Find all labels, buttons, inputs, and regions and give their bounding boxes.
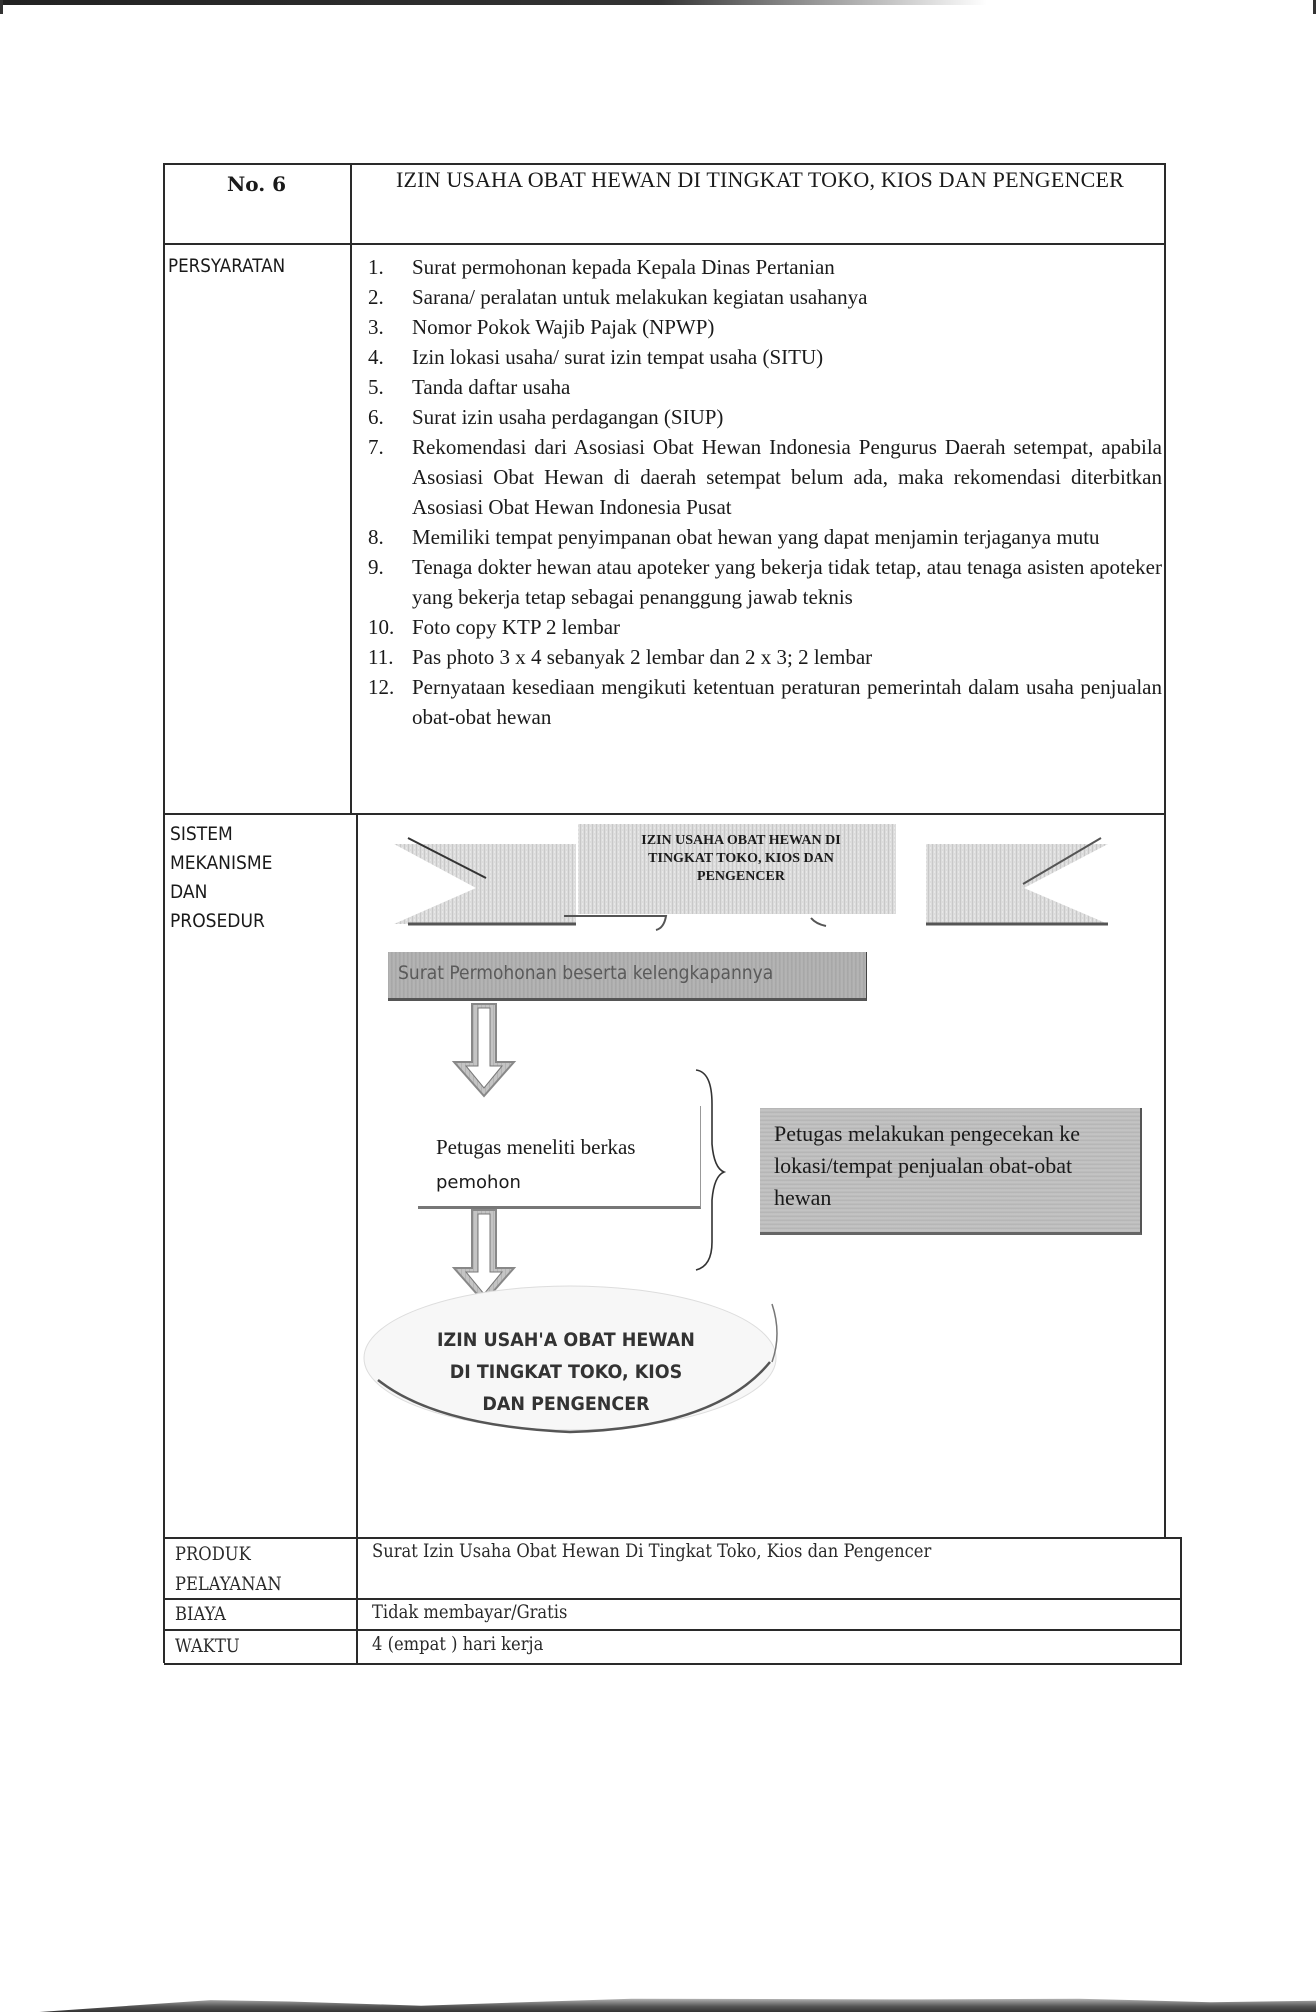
service-number: No. 6 (163, 172, 350, 196)
banner-line: TINGKAT TOKO, KIOS DAN (586, 850, 896, 868)
row-divider-biaya (164, 1629, 1182, 1631)
result-line: DAN PENGENCER (428, 1388, 704, 1420)
requirement-item: 6.Surat izin usaha perdagangan (SIUP) (366, 402, 1164, 432)
requirement-number: 7. (368, 432, 384, 462)
requirement-text: Foto copy KTP 2 lembar (412, 615, 620, 639)
persyaratan-label: PERSYARATAN (168, 255, 285, 277)
step-pengecekan-lokasi-text: Petugas melakukan pengecekan ke lokasi/t… (774, 1118, 1134, 1214)
table-border-right-upper (1164, 163, 1166, 1537)
table-border-top (163, 163, 1165, 165)
sistem-label-line: DAN (170, 878, 332, 907)
down-arrow-icon (454, 1004, 514, 1096)
requirement-item: 11.Pas photo 3 x 4 sebanyak 2 lembar dan… (366, 642, 1164, 672)
requirement-text: Memiliki tempat penyimpanan obat hewan y… (412, 525, 1100, 549)
produk-label: PRODUK PELAYANAN (175, 1539, 282, 1599)
table-border-left (163, 163, 165, 1663)
step-surat-permohonan: Surat Permohonan beserta kelengkapannya (388, 952, 867, 1001)
requirement-item: 4.Izin lokasi usaha/ surat izin tempat u… (366, 342, 1164, 372)
requirement-text: Pernyataan kesediaan mengikuti ketentuan… (412, 675, 1162, 729)
requirement-text: Nomor Pokok Wajib Pajak (NPWP) (412, 315, 714, 339)
row-divider-sistem (163, 1537, 1181, 1539)
requirement-text: Tenaga dokter hewan atau apoteker yang b… (412, 555, 1162, 609)
row-divider-header (163, 243, 1165, 245)
requirement-text: Sarana/ peralatan untuk melakukan kegiat… (412, 285, 867, 309)
procedure-flowchart: IZIN USAHA OBAT HEWAN DI TINGKAT TOKO, K… (356, 814, 1164, 1536)
requirement-item: 5.Tanda daftar usaha (366, 372, 1164, 402)
requirement-item: 12.Pernyataan kesediaan mengikuti ketent… (366, 672, 1164, 732)
banner-title: IZIN USAHA OBAT HEWAN DI TINGKAT TOKO, K… (586, 832, 896, 886)
column-divider-upper (350, 163, 352, 813)
step-petugas-meneliti: Petugas meneliti berkas pemohon (418, 1106, 701, 1209)
requirement-item: 2.Sarana/ peralatan untuk melakukan kegi… (366, 282, 1164, 312)
requirement-text: Rekomendasi dari Asosiasi Obat Hewan Ind… (412, 435, 1162, 519)
requirement-item: 1.Surat permohonan kepada Kepala Dinas P… (366, 252, 1164, 282)
sistem-label-line: SISTEM (170, 820, 332, 849)
requirement-number: 12. (368, 672, 394, 702)
requirement-number: 2. (368, 282, 384, 312)
requirement-number: 4. (368, 342, 384, 372)
table-border-bottom (164, 1663, 1182, 1665)
scan-edge-bottom (0, 1998, 1316, 2012)
waktu-label: WAKTU (175, 1631, 240, 1661)
biaya-label: BIAYA (175, 1599, 226, 1629)
result-line: DI TINGKAT TOKO, KIOS (428, 1356, 704, 1388)
result-line: IZIN USAH'A OBAT HEWAN (428, 1324, 704, 1356)
table-border-right-lower (1180, 1537, 1182, 1663)
step-line: Petugas meneliti berkas (436, 1130, 696, 1164)
requirement-number: 5. (368, 372, 384, 402)
requirement-number: 6. (368, 402, 384, 432)
requirement-text: Pas photo 3 x 4 sebanyak 2 lembar dan 2 … (412, 645, 872, 669)
banner-line: IZIN USAHA OBAT HEWAN DI (586, 832, 896, 850)
banner-line: PENGENCER (586, 868, 896, 886)
requirement-item: 9.Tenaga dokter hewan atau apoteker yang… (366, 552, 1164, 612)
row-divider-produk (163, 1598, 1181, 1600)
produk-label-line: PELAYANAN (175, 1569, 282, 1599)
requirements-list: 1.Surat permohonan kepada Kepala Dinas P… (366, 252, 1164, 732)
requirement-number: 8. (368, 522, 384, 552)
requirement-item: 10.Foto copy KTP 2 lembar (366, 612, 1164, 642)
requirement-number: 10. (368, 612, 394, 642)
requirement-text: Surat permohonan kepada Kepala Dinas Per… (412, 255, 835, 279)
step-pengecekan-lokasi: Petugas melakukan pengecekan ke lokasi/t… (760, 1108, 1142, 1235)
step-surat-permohonan-text: Surat Permohonan beserta kelengkapannya (398, 962, 773, 984)
requirement-text: Tanda daftar usaha (412, 375, 570, 399)
requirement-item: 7.Rekomendasi dari Asosiasi Obat Hewan I… (366, 432, 1164, 522)
produk-label-line: PRODUK (175, 1539, 282, 1569)
service-title: IZIN USAHA OBAT HEWAN DI TINGKAT TOKO, K… (370, 166, 1150, 194)
requirement-item: 3.Nomor Pokok Wajib Pajak (NPWP) (366, 312, 1164, 342)
requirement-text: Izin lokasi usaha/ surat izin tempat usa… (412, 345, 823, 369)
biaya-value: Tidak membayar/Gratis (372, 1601, 567, 1623)
scan-edge-top (0, 0, 1316, 5)
produk-value: Surat Izin Usaha Obat Hewan Di Tingkat T… (372, 1540, 931, 1562)
requirement-number: 11. (368, 642, 393, 672)
step-line: pemohon (436, 1172, 521, 1193)
result-izin-text: IZIN USAH'A OBAT HEWAN DI TINGKAT TOKO, … (428, 1324, 704, 1420)
requirement-item: 8.Memiliki tempat penyimpanan obat hewan… (366, 522, 1164, 552)
sistem-label-line: PROSEDUR (170, 907, 332, 936)
requirement-number: 3. (368, 312, 384, 342)
sistem-label: SISTEM MEKANISME DAN PROSEDUR (170, 820, 332, 936)
requirement-number: 1. (368, 252, 384, 282)
requirement-number: 9. (368, 552, 384, 582)
waktu-value: 4 (empat ) hari kerja (372, 1633, 543, 1655)
sistem-label-line: MEKANISME (170, 849, 332, 878)
step-petugas-meneliti-text: Petugas meneliti berkas pemohon (436, 1130, 696, 1200)
down-arrow-icon (454, 1210, 514, 1302)
requirement-text: Surat izin usaha perdagangan (SIUP) (412, 405, 723, 429)
scan-edge-left (0, 0, 3, 14)
